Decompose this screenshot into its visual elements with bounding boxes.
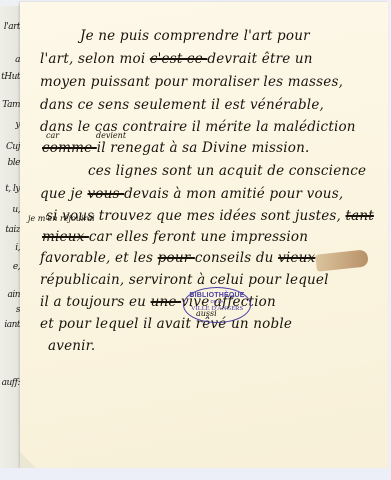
- handwritten-line: avenir.: [48, 338, 95, 354]
- line-text: il renegat à sa Divine mission.: [97, 140, 310, 156]
- struck-text: vieux: [278, 250, 315, 266]
- struck-text: pour: [158, 250, 195, 266]
- handwritten-line: comme il renegat à sa Divine mission.: [42, 140, 310, 156]
- margin-fragment: t, ly: [0, 184, 20, 194]
- struck-text: mieux: [42, 229, 89, 245]
- library-stamp: BIBLIOTHÈQUE DE LA VILLE D'ANGERS: [183, 287, 251, 323]
- handwritten-line: favorable, et les pour conseils du vieux: [40, 250, 315, 266]
- line-text: favorable, et les: [40, 250, 158, 266]
- handwritten-line: Je ne puis comprendre l'art pour: [80, 28, 310, 44]
- line-text: que je: [40, 186, 87, 202]
- line-text: car elles feront une impression: [89, 229, 308, 245]
- struck-text: vous: [87, 186, 124, 202]
- margin-fragment: iant: [0, 320, 20, 330]
- margin-fragment: e,: [0, 262, 20, 272]
- handwritten-line: l'art, selon moi c'est ce devrait être u…: [40, 51, 313, 67]
- margin-fragment: taiz: [0, 225, 20, 235]
- scan-bottom-border: [0, 468, 391, 480]
- margin-fragment: Tam: [0, 100, 20, 110]
- struck-text: tant: [346, 208, 374, 224]
- margin-fragment: l'art: [0, 22, 20, 32]
- handwritten-line: que je vous devais à mon amitié pour vou…: [40, 186, 343, 202]
- line-text: devrait être un: [207, 51, 312, 67]
- margin-fragment: ain: [0, 290, 20, 300]
- margin-fragment: s: [0, 305, 20, 315]
- manuscript-scan: l'artatHutTamyCujblet, lyu,taizi,e,ainsi…: [0, 0, 391, 480]
- interlinear-insertion: devient: [96, 131, 126, 140]
- interlinear-insertion: car: [46, 131, 59, 140]
- margin-fragment: ble: [0, 158, 20, 168]
- handwritten-line: moyen puissant pour moraliser les masses…: [40, 74, 343, 90]
- stamp-line-3: VILLE D'ANGERS: [184, 306, 250, 313]
- margin-fragment: y: [0, 120, 20, 130]
- handwritten-line: et pour lequel il avait rêvé un noble: [40, 316, 292, 332]
- margin-fragment: a: [0, 55, 20, 65]
- stamp-line-2: DE LA: [184, 300, 250, 305]
- line-text: il a toujours eu: [40, 294, 151, 310]
- struck-text: une: [151, 294, 181, 310]
- margin-fragment: i,: [0, 243, 20, 253]
- handwritten-line: dans ce sens seulement il est vénérable,: [40, 97, 324, 113]
- handwritten-line: si vous trouvez que mes idées sont juste…: [46, 208, 374, 224]
- handwritten-line: mieux car elles feront une impression: [42, 229, 308, 245]
- handwritten-line: dans le cas contraire il mérite la maléd…: [40, 119, 356, 135]
- line-text: devais à mon amitié pour vous,: [124, 186, 343, 202]
- margin-fragment: tHut: [0, 72, 20, 82]
- handwritten-line: ces lignes sont un acquit de conscience: [88, 163, 366, 179]
- margin-fragment: Cuj: [0, 142, 20, 152]
- line-text: conseils du: [195, 250, 278, 266]
- stamp-line-1: BIBLIOTHÈQUE: [184, 292, 250, 299]
- struck-text: comme: [42, 140, 97, 156]
- struck-text: c'est ce: [150, 51, 208, 67]
- line-text: l'art, selon moi: [40, 51, 150, 67]
- margin-fragment: auff:: [0, 378, 20, 388]
- handwritten-line: républicain, serviront à celui pour lequ…: [40, 272, 329, 288]
- interlinear-insertion: je m'en réjouirai: [28, 214, 95, 223]
- margin-fragment: u,: [0, 205, 20, 215]
- paper-fold-corner: [20, 452, 36, 468]
